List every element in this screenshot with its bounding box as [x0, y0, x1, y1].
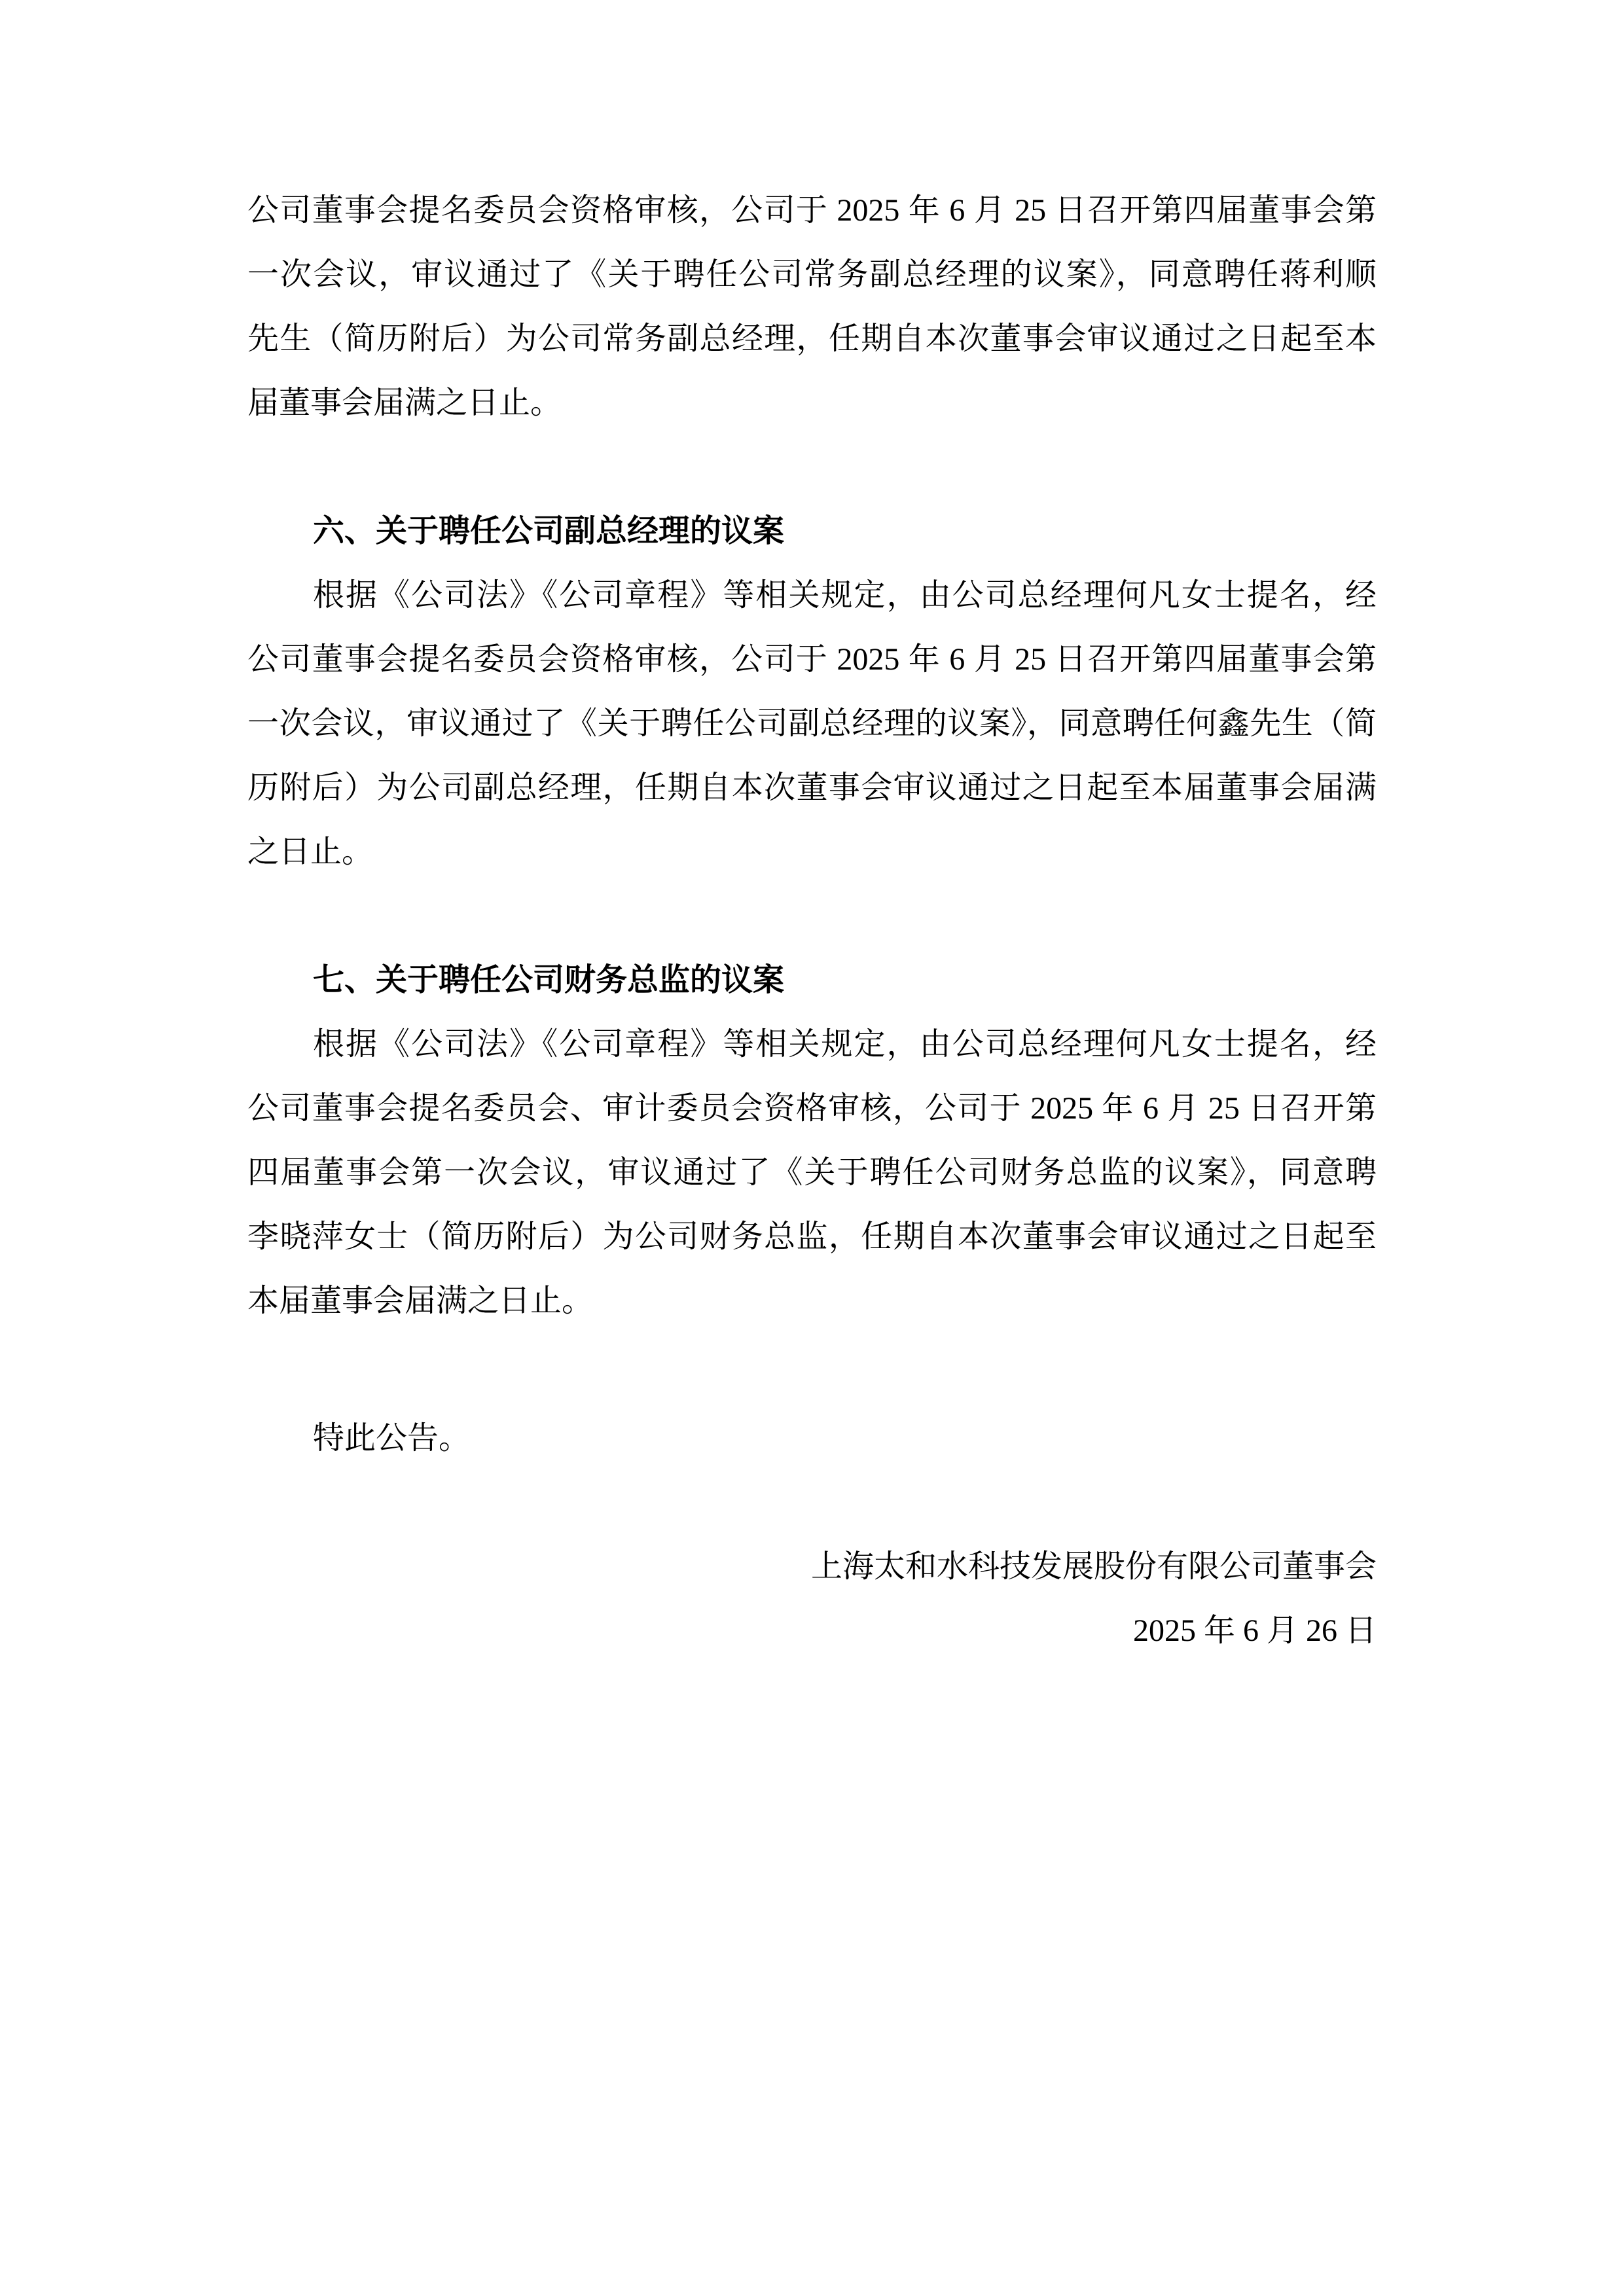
- section-7-paragraph: 根据《公司法》《公司章程》等相关规定，由公司总经理何凡女士提名，经 公司董事会提…: [247, 1013, 1377, 1333]
- section-7-line-2: 公司董事会提名委员会、审计委员会资格审核，公司于 2025 年 6 月 25 日…: [247, 1077, 1377, 1141]
- section-7-line-3: 四届董事会第一次会议，审议通过了《关于聘任公司财务总监的议案》，同意聘: [247, 1141, 1377, 1205]
- announcement-date: 2025 年 6 月 26 日: [247, 1599, 1377, 1663]
- section-6-line-4: 历附后）为公司副总经理，任期自本次董事会审议通过之日起至本届董事会届满: [247, 756, 1377, 820]
- section-6-line-1: 根据《公司法》《公司章程》等相关规定，由公司总经理何凡女士提名，经: [247, 564, 1377, 628]
- document-page: 公司董事会提名委员会资格审核，公司于 2025 年 6 月 25 日召开第四届董…: [0, 0, 1624, 2296]
- section-7-heading: 七、关于聘任公司财务总监的议案: [247, 948, 1377, 1013]
- section-6-line-5: 之日止。: [247, 820, 1377, 884]
- closing-statement: 特此公告。: [247, 1407, 1377, 1471]
- intro-paragraph-line-1: 公司董事会提名委员会资格审核，公司于 2025 年 6 月 25 日召开第四届董…: [247, 179, 1377, 243]
- intro-paragraph-line-3: 先生（简历附后）为公司常务副总经理，任期自本次董事会审议通过之日起至本: [247, 307, 1377, 371]
- section-6-paragraph: 根据《公司法》《公司章程》等相关规定，由公司总经理何凡女士提名，经 公司董事会提…: [247, 564, 1377, 884]
- intro-paragraph-line-2: 一次会议，审议通过了《关于聘任公司常务副总经理的议案》，同意聘任蒋利顺: [247, 243, 1377, 307]
- section-6-line-2: 公司董事会提名委员会资格审核，公司于 2025 年 6 月 25 日召开第四届董…: [247, 628, 1377, 692]
- document-content: 公司董事会提名委员会资格审核，公司于 2025 年 6 月 25 日召开第四届董…: [0, 0, 1624, 1663]
- section-7-line-4: 李晓萍女士（简历附后）为公司财务总监，任期自本次董事会审议通过之日起至: [247, 1205, 1377, 1269]
- section-6-line-3: 一次会议，审议通过了《关于聘任公司副总经理的议案》，同意聘任何鑫先生（简: [247, 692, 1377, 756]
- intro-paragraph: 公司董事会提名委员会资格审核，公司于 2025 年 6 月 25 日召开第四届董…: [247, 179, 1377, 435]
- board-signature: 上海太和水科技发展股份有限公司董事会: [247, 1535, 1377, 1599]
- section-7-line-1: 根据《公司法》《公司章程》等相关规定，由公司总经理何凡女士提名，经: [247, 1013, 1377, 1077]
- intro-paragraph-line-4: 届董事会届满之日止。: [247, 371, 1377, 435]
- section-6-heading: 六、关于聘任公司副总经理的议案: [247, 499, 1377, 564]
- section-7-line-5: 本届董事会届满之日止。: [247, 1269, 1377, 1333]
